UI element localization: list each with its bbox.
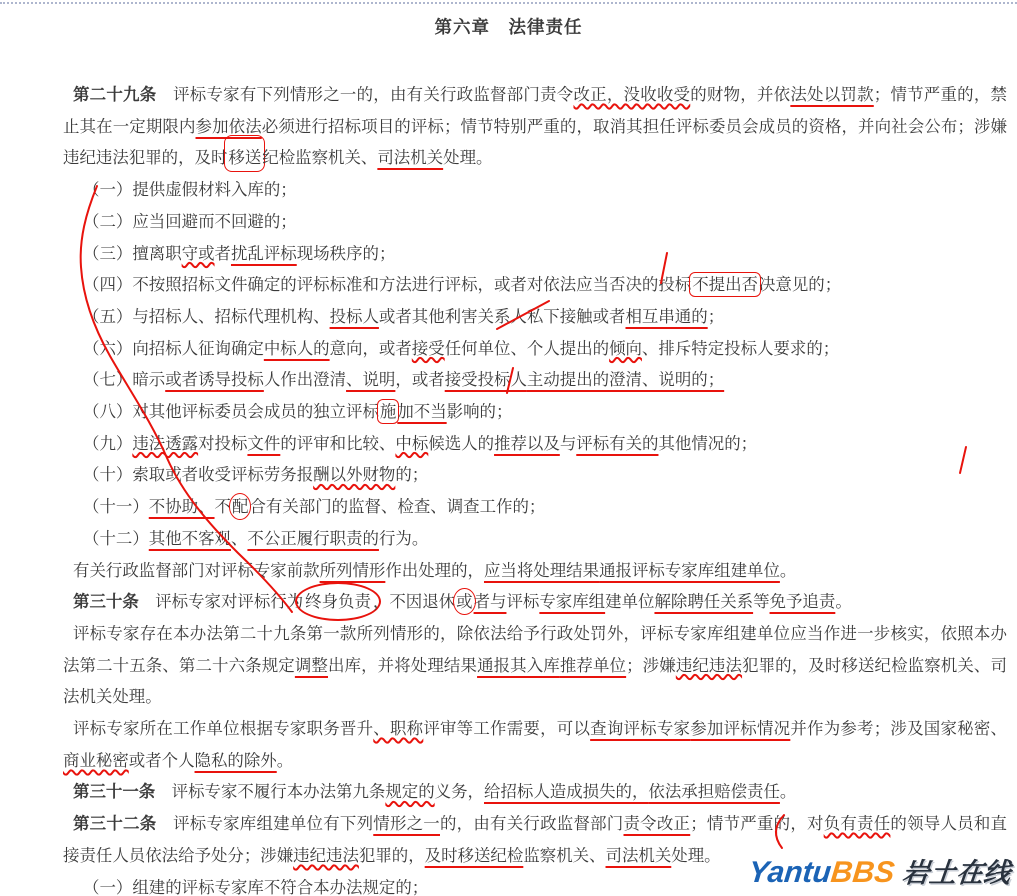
red-wavy-underline: 规定的 bbox=[385, 782, 434, 801]
red-underline: 查询评标专家 bbox=[590, 719, 690, 738]
body-text: 犯罪的， bbox=[359, 846, 425, 865]
red-underline: 扰乱评标 bbox=[231, 244, 297, 263]
red-box: 移送 bbox=[224, 135, 265, 172]
article-29-item-2: （二）应当回避而不回避的； bbox=[63, 206, 1007, 238]
article-30: 第三十条 评标专家对评标行为终身负责，不因退休或者与评标专家库组建单位解除聘任关… bbox=[63, 586, 1007, 618]
body-text: （五）与招标人、招标代理机构、 bbox=[83, 307, 330, 326]
body-text: （九） bbox=[83, 434, 132, 453]
article-29-closing: 有关行政监督部门对评标专家前款所列情形作出处理的，应当将处理结果通报评标专家库组… bbox=[63, 555, 1007, 587]
article-30-workunit: 评标专家所在工作单位根据专家职务晋升、职称评审等工作需要，可以查询评标专家参加评… bbox=[63, 713, 1007, 776]
body-text: ，或者 bbox=[395, 370, 444, 389]
body-text: （八）对其他评标委员会成员的独立评标 bbox=[83, 402, 379, 421]
body-text: 影响的； bbox=[447, 402, 513, 421]
article-31: 第三十一条 评标专家不履行本办法第九条规定的义务，给招标人造成损失的，依法承担赔… bbox=[63, 776, 1007, 808]
body-text: 、排斥特定投标人要求的； bbox=[642, 339, 839, 358]
body-text: （六）向招标人征询确定 bbox=[83, 339, 264, 358]
red-underline: 依法承担赔偿责任 bbox=[648, 782, 780, 801]
article-29-item-1: （一）提供虚假材料入库的； bbox=[63, 174, 1007, 206]
red-wavy-underline: 违法透露 bbox=[132, 434, 198, 453]
body-text: 评标专家不履行本办法第九条 bbox=[155, 782, 385, 801]
red-wavy-underline: 改正，没收收受 bbox=[573, 85, 690, 104]
body-text: 作出处理的， bbox=[385, 561, 484, 580]
body-text: 意向，或者 bbox=[330, 339, 412, 358]
body-text: 建单位 bbox=[605, 592, 654, 611]
article-29-item-6: （六）向招标人征询确定中标人的意向，或者接受任何单位、个人提出的倾向、排斥特定投… bbox=[63, 333, 1007, 365]
red-underline: 司法机关 bbox=[606, 846, 672, 865]
red-wavy-underline: 负有责任 bbox=[824, 814, 891, 833]
red-underline: 通报评标专家库组建单位 bbox=[599, 561, 780, 580]
article-number: 第二十九条 bbox=[73, 85, 156, 104]
body-text: 并作为参考；涉及国家秘密、 bbox=[790, 719, 1007, 738]
red-underline: 责令改正 bbox=[624, 814, 691, 833]
red-underline: 主动提出的澄清、说明的； bbox=[527, 370, 724, 389]
body-text: 的； bbox=[395, 465, 428, 484]
body-text: 行为。 bbox=[379, 529, 428, 548]
body-text: 评标 bbox=[506, 592, 539, 611]
body-text: 评审等工作需要，可以 bbox=[423, 719, 590, 738]
red-wavy-underline: 酬以外财物 bbox=[313, 465, 395, 484]
body-text: （一）组建的评标专家库不符合本办法规定的； bbox=[83, 878, 428, 896]
yantubbs-watermark: YantuBBS岩土在线 bbox=[747, 851, 1013, 890]
body-text: 的，由有关行政监督部门 bbox=[440, 814, 624, 833]
article-29-item-11: （十一）不协助、不配合有关部门的监督、检查、调查工作的； bbox=[63, 491, 1007, 523]
body-text: （二）应当回避而不回避的； bbox=[83, 212, 297, 231]
red-underline: 通报其入库 bbox=[477, 656, 560, 675]
red-underline: 专家库组 bbox=[539, 592, 605, 611]
red-underline: 相互串通的 bbox=[625, 307, 707, 326]
body-text: 有关行政监督部门对评标专家前款 bbox=[73, 561, 320, 580]
body-text: 。 bbox=[780, 782, 796, 801]
body-text: 与 bbox=[560, 434, 576, 453]
body-text: 其他情况的； bbox=[658, 434, 757, 453]
body-text: 任何单位、个人提出的 bbox=[445, 339, 609, 358]
body-text: 评标专家库组建单位有下列 bbox=[156, 814, 373, 833]
article-number: 第三十一条 bbox=[73, 782, 155, 801]
body-text: 决意见的； bbox=[759, 275, 841, 294]
red-underline: 参加评标情况 bbox=[690, 719, 790, 738]
red-underline: 推荐单位 bbox=[560, 656, 626, 675]
red-underline: 司法机关 bbox=[377, 148, 443, 167]
body-text: 的财物，并依 bbox=[690, 85, 790, 104]
watermark-yantu-text: Yantu bbox=[747, 856, 833, 889]
body-text: 出库，并将处理结果 bbox=[328, 656, 477, 675]
red-box: 不提出否 bbox=[689, 272, 761, 297]
body-text: 等 bbox=[753, 592, 769, 611]
page-top-divider bbox=[0, 2, 1017, 4]
body-text: 、 bbox=[231, 529, 247, 548]
article-number: 第三十条 bbox=[73, 592, 139, 611]
red-underline: 接受投标人 bbox=[445, 370, 527, 389]
body-text: 评标专家所在工作单位根据专家职务晋升 bbox=[73, 719, 373, 738]
red-underline: 给招标人造成损失的， bbox=[484, 782, 648, 801]
body-text: ；情节严重的，对 bbox=[690, 814, 823, 833]
body-text: （一）提供虚假材料入库的； bbox=[83, 180, 297, 199]
article-29-item-7: （七）暗示或者诱导投标人作出澄清、说明，或者接受投标人主动提出的澄清、说明的； bbox=[63, 364, 1007, 396]
red-box: 施 bbox=[377, 399, 399, 424]
red-wavy-underline: 倾向 bbox=[609, 339, 642, 358]
body-text: 处理。 bbox=[671, 846, 720, 865]
article-29-intro: 第二十九条 评标专家有下列情形之一的，由有关行政监督部门责令改正，没收收受的财物… bbox=[63, 79, 1007, 174]
red-underline: 不公正履行职责的 bbox=[247, 529, 379, 548]
red-underline: 不协助、 bbox=[149, 497, 215, 516]
red-underline: 情形之一 bbox=[373, 814, 440, 833]
red-underline: 推荐以及 bbox=[494, 434, 560, 453]
red-circle: 终身负责 bbox=[295, 582, 381, 621]
body-text: 人作出澄清 bbox=[264, 370, 346, 389]
body-text: 或者其他利害关系人私下接触或者 bbox=[379, 307, 626, 326]
body-text: 处理。 bbox=[443, 148, 492, 167]
article-29-item-5: （五）与招标人、招标代理机构、投标人或者其他利害关系人私下接触或者相互串通的； bbox=[63, 301, 1007, 333]
red-underline: 调整 bbox=[295, 656, 328, 675]
red-underline: 、说明 bbox=[346, 370, 395, 389]
article-29-item-3: （三）擅离职守或者扰乱评标现场秩序的； bbox=[63, 238, 1007, 270]
red-underline: 中标人的 bbox=[264, 339, 330, 358]
red-wavy-underline: 、职称 bbox=[373, 719, 423, 738]
body-text: 或者个人 bbox=[129, 751, 195, 770]
red-underline: 免予追责 bbox=[770, 592, 836, 611]
body-text: 者 bbox=[215, 244, 231, 263]
body-text: 。 bbox=[835, 592, 851, 611]
body-text: （十二） bbox=[83, 529, 149, 548]
red-underline: 隐私的除外 bbox=[195, 751, 277, 770]
article-30-handling: 评标专家存在本办法第二十九条第一款所列情形的，除依法给予行政处罚外，评标专家库组… bbox=[63, 618, 1007, 713]
red-underline: 其他不客观 bbox=[149, 529, 231, 548]
red-circle: 或 bbox=[453, 588, 475, 615]
body-text: 纪检监察机关、 bbox=[262, 148, 377, 167]
body-text: 的评审和比较、 bbox=[280, 434, 395, 453]
red-underline: 法处以罚款 bbox=[790, 85, 873, 104]
watermark-bbs-text: BBS bbox=[830, 856, 897, 889]
red-underline: 及时移送纪检 bbox=[425, 846, 524, 865]
chapter-title: 第六章 法律责任 bbox=[0, 0, 1017, 39]
body-text: ；涉嫌 bbox=[626, 656, 676, 675]
watermark-chinese-text: 岩土在线 bbox=[901, 858, 1012, 888]
red-underline: 文件 bbox=[247, 434, 280, 453]
body-text: （十）索取或者收受评标劳务报 bbox=[83, 465, 313, 484]
red-wavy-underline: 违纪违法 bbox=[676, 656, 742, 675]
red-underline: 应当将处理结果 bbox=[484, 561, 599, 580]
red-wavy-underline: 商业秘密 bbox=[63, 751, 129, 770]
document-page: 第六章 法律责任 第二十九条 评标专家有下列情形之一的，由有关行政监督部门责令改… bbox=[0, 0, 1017, 896]
red-underline: 参加依法 bbox=[196, 117, 262, 136]
body-text: （十一） bbox=[83, 497, 149, 516]
red-wavy-underline: 中标 bbox=[395, 434, 428, 453]
body-text: 。 bbox=[780, 561, 796, 580]
article-29-item-10: （十）索取或者收受评标劳务报酬以外财物的； bbox=[63, 459, 1007, 491]
body-text: 候选人的 bbox=[428, 434, 494, 453]
body-text: 评标专家对评标行为 bbox=[139, 592, 303, 611]
red-wavy-underline: 违纪违法 bbox=[293, 846, 359, 865]
body-text: 。 bbox=[277, 751, 293, 770]
red-wavy-underline: 守或 bbox=[182, 244, 215, 263]
article-29-item-8: （八）对其他评标委员会成员的独立评标施加不当影响的； bbox=[63, 396, 1007, 428]
body-text: 合有关部门的监督、检查、调查工作的； bbox=[249, 497, 545, 516]
article-29-item-12: （十二）其他不客观、不公正履行职责的行为。 bbox=[63, 523, 1007, 555]
document-body: 第二十九条 评标专家有下列情形之一的，由有关行政监督部门责令改正，没收收受的财物… bbox=[63, 79, 1007, 896]
red-wavy-underline: 接受 bbox=[412, 339, 445, 358]
body-text: （三）擅离职 bbox=[83, 244, 182, 263]
red-underline: 评标有关的 bbox=[576, 434, 658, 453]
body-text: 义务， bbox=[435, 782, 484, 801]
body-text: 评标专家有下列情形之一的，由有关行政监督部门责令 bbox=[156, 85, 573, 104]
body-text: 现场秩序的； bbox=[297, 244, 396, 263]
body-text: ； bbox=[708, 307, 724, 326]
body-text: 对投标 bbox=[198, 434, 247, 453]
red-underline: 投标人 bbox=[330, 307, 379, 326]
red-underline: 者与 bbox=[474, 592, 507, 611]
body-text: 监察机关、 bbox=[523, 846, 605, 865]
article-number: 第三十二条 bbox=[73, 814, 156, 833]
body-text: （七）暗示 bbox=[83, 370, 165, 389]
red-underline: 加不当 bbox=[397, 402, 446, 421]
article-29-item-4: （四）不按照招标文件确定的评标标准和方法进行评标，或者对依法应当否决的投标不提出… bbox=[63, 269, 1007, 301]
red-underline: 或者诱导投标 bbox=[165, 370, 264, 389]
body-text: ，不因退休 bbox=[373, 592, 455, 611]
article-29-item-9: （九）违法透露对投标文件的评审和比较、中标候选人的推荐以及与评标有关的其他情况的… bbox=[63, 428, 1007, 460]
body-text: （四）不按照招标文件确定的评标标准和方法进行评标，或者对依法应当否决的投标 bbox=[83, 275, 691, 294]
red-underline: 解除聘任关系 bbox=[654, 592, 753, 611]
red-underline: 所列情形 bbox=[320, 561, 386, 580]
